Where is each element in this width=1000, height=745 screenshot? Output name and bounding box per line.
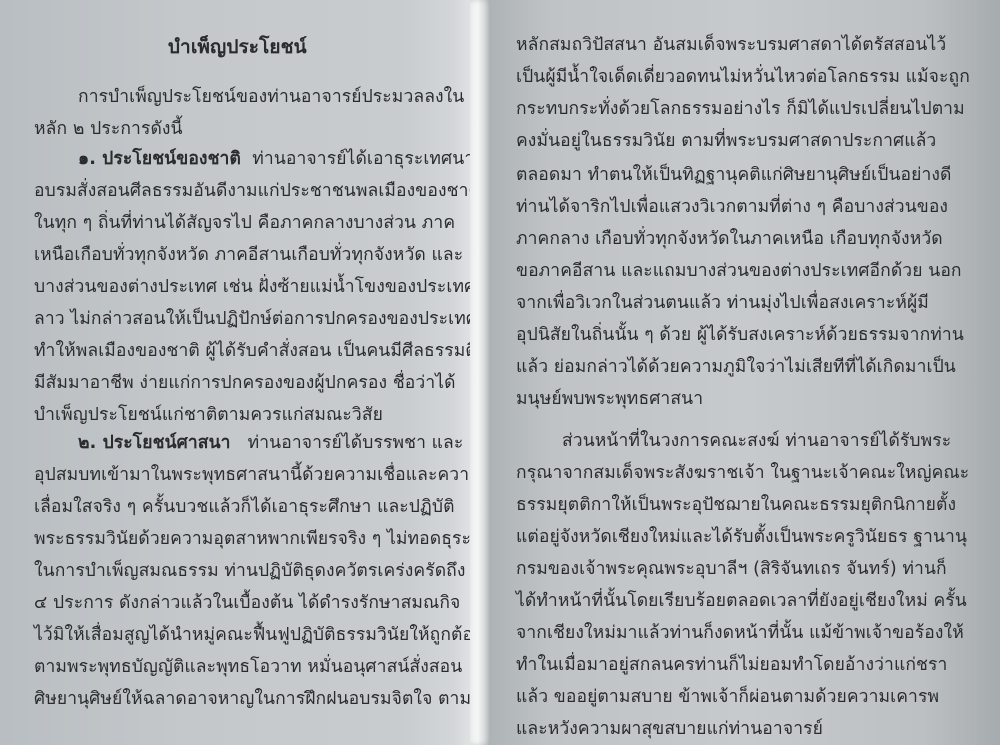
section-heading-line: ๑. ประโยชน์ของชาติ ท่านอาจารย์ได้เอาธุระ…	[78, 148, 474, 170]
paragraph-line: จากเชียงใหม่มาแล้วท่านก็งดหน้าที่นั้น แม…	[516, 622, 964, 644]
paragraph-line: ในการบำเพ็ญสมณธรรม ท่านปฏิบัติธุดงควัตรเ…	[34, 560, 466, 582]
paragraph-line: ภาคกลาง เกือบทั่วทุกจังหวัดในภาคเหนือ เก…	[516, 228, 943, 250]
section-heading-nation: ๑. ประโยชน์ของชาติ	[78, 149, 241, 169]
paragraph-line: และหวังความผาสุขสบายแก่ท่านอาจารย์	[516, 718, 823, 740]
paragraph-line: กรมของเจ้าพระคุณพระอุบาลีฯ (สิริจันทเถร …	[516, 558, 947, 580]
paragraph-line: ขอภาคอีสาน และแถมบางส่วนของต่างประเทศอีก…	[516, 260, 962, 282]
paragraph-line: ทำในเมื่อมาอยู่สกลนครท่านก็ไม่ยอมทำโดยอ้…	[516, 654, 947, 676]
paragraph-line: ส่วนหน้าที่ในวงการคณะสงฆ์ ท่านอาจารย์ได้…	[562, 430, 951, 452]
paragraph-line: พระธรรมวินัยด้วยความอุตสาหพากเพียรจริง ๆ…	[34, 528, 471, 550]
paragraph-line: อุปนิสัยในถิ่นนั้น ๆ ด้วย ผู้ได้รับสงเคร…	[516, 324, 964, 346]
paragraph-line: เป็นผู้มีน้ำใจเด็ดเดี่ยวอดทนไม่หวั่นไหวต…	[516, 66, 970, 88]
section-heading-religion: ๒. ประโยชน์ศาสนา	[78, 433, 231, 453]
paragraph-line: เหนือเกือบทั่วทุกจังหวัด ภาคอีสานเกือบทั…	[34, 244, 463, 266]
paragraph-line: กรุณาจากสมเด็จพระสังฆราชเจ้า ในฐานะเจ้าค…	[516, 462, 969, 484]
right-page: หลักสมถวิปัสสนา อันสมเด็จพระบรมศาสดาได้ต…	[490, 0, 1000, 745]
paragraph-line: แล้ว ขออยู่ตามสบาย ข้าพเจ้าก็ผ่อนตามด้วย…	[516, 686, 939, 708]
paragraph-line: หลักสมถวิปัสสนา อันสมเด็จพระบรมศาสดาได้ต…	[516, 34, 946, 56]
paragraph-line: ทำให้พลเมืองของชาติ ผู้ได้รับคำสั่งสอน เ…	[34, 340, 477, 362]
paragraph-line: อุปสมบทเข้ามาในพระพุทธศาสนานี้ด้วยความเช…	[34, 464, 481, 486]
left-page: บำเพ็ญประโยชน์ การบำเพ็ญประโยชน์ของท่านอ…	[0, 0, 472, 745]
paragraph-line: ลาว ไม่กล่าวสอนให้เป็นปฏิปักษ์ต่อการปกคร…	[34, 308, 477, 330]
paragraph-line: อบรมสั่งสอนศีลธรรมอันดีงามแก่ประชาชนพลเม…	[34, 180, 480, 202]
paragraph-line: กระทบกระทั่งด้วยโลกธรรมอย่างไร ก็มิได้แป…	[516, 98, 965, 120]
paragraph-line: ในทุก ๆ ถิ่นที่ท่านได้สัญจรไป คือภาคกลาง…	[34, 212, 455, 234]
page-title: บำเพ็ญประโยชน์	[168, 36, 307, 58]
paragraph-text: ท่านอาจารย์ได้บรรพชา และ	[248, 433, 464, 453]
paragraph-line: คงมั่นอยู่ในธรรมวินัย ตามที่พระบรมศาสดาป…	[516, 130, 936, 152]
paragraph-line: ศิษยานุศิษย์ให้ฉลาดอาจหาญในการฝึกฝนอบรมจ…	[34, 688, 471, 710]
paragraph-line: ไว้มิให้เสื่อมสูญได้นำหมู่คณะฟื้นฟูปฏิบั…	[34, 624, 482, 646]
paragraph-line: ๔ ประการ ดังกล่าวแล้วในเบื้องต้น ได้ดำรง…	[34, 592, 460, 614]
paragraph-line: การบำเพ็ญประโยชน์ของท่านอาจารย์ประมวลลงใ…	[78, 86, 464, 108]
book-gutter	[470, 0, 492, 745]
book-spread: บำเพ็ญประโยชน์ การบำเพ็ญประโยชน์ของท่านอ…	[0, 0, 1000, 745]
section-heading-line: ๒. ประโยชน์ศาสนา ท่านอาจารย์ได้บรรพชา แล…	[78, 432, 463, 454]
paragraph-line: หลัก ๒ ประการดังนี้	[34, 118, 183, 140]
paragraph-line: มีสัมมาอาชีพ ง่ายแก่การปกครองของผู้ปกครอ…	[34, 372, 456, 394]
paragraph-line: บางส่วนของต่างประเทศ เช่น ฝั่งซ้ายแม่น้ำ…	[34, 276, 475, 298]
paragraph-line: ท่านได้จาริกไปเพื่อแสวงวิเวกตามที่ต่าง ๆ…	[516, 196, 948, 218]
paragraph-line: บำเพ็ญประโยชน์แก่ชาติตามควรแก่สมณะวิสัย	[34, 404, 383, 426]
paragraph-line: เลื่อมใสจริง ๆ ครั้นบวชแล้วก็ได้เอาธุระศ…	[34, 496, 455, 518]
paragraph-line: ตามพระพุทธบัญญัติและพุทธโอวาท หมั่นอนุศา…	[34, 656, 462, 678]
paragraph-line: มนุษย์พบพระพุทธศาสนา	[516, 388, 703, 410]
paragraph-line: ตลอดมา ทำตนให้เป็นทิฏฐานุคติแก่ศิษยานุศิ…	[516, 164, 952, 186]
paragraph-line: ได้ทำหน้าที่นั้นโดยเรียบร้อยตลอดเวลาที่ย…	[516, 590, 967, 612]
paragraph-line: แล้ว ย่อมกล่าวได้ด้วยความภูมิใจว่าไม่เสี…	[516, 356, 956, 378]
paragraph-line: แต่อยู่จังหวัดเชียงใหม่และได้รับตั้งเป็น…	[516, 526, 967, 548]
paragraph-text: ท่านอาจารย์ได้เอาธุระเทศนา	[252, 149, 474, 169]
paragraph-line: ธรรมยุตติกาให้เป็นพระอุปัชฌายในคณะธรรมยุ…	[516, 494, 956, 516]
paragraph-line: จากเพื่อวิเวกในส่วนตนแล้ว ท่านมุ่งไปเพื่…	[516, 292, 929, 314]
